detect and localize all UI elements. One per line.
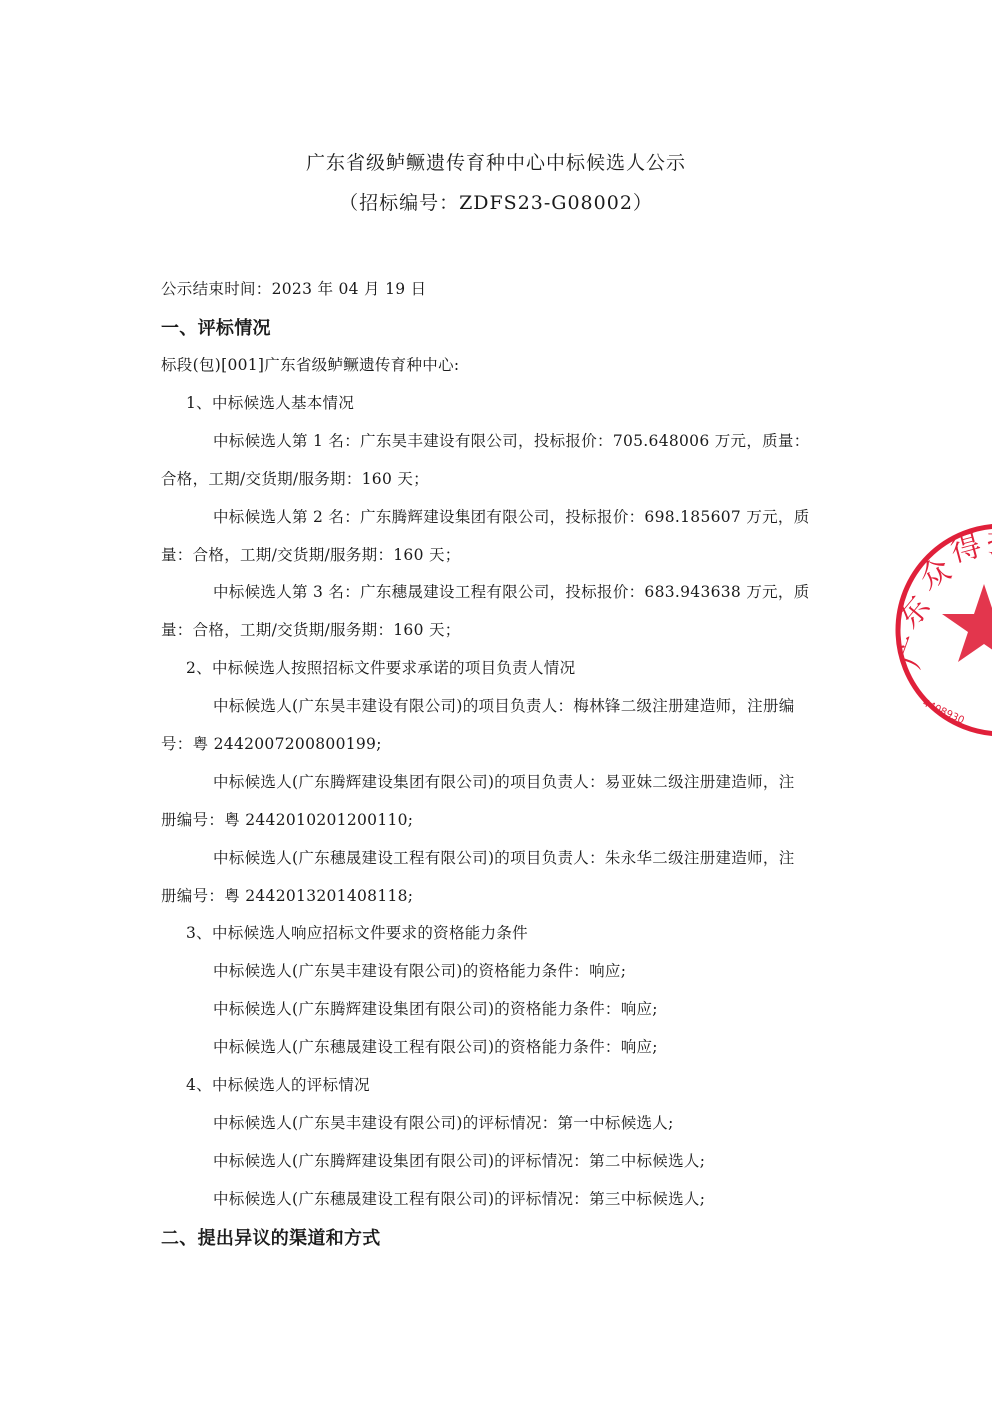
document-title: 广东省级鲈鳜遗传育种中心中标候选人公示 (0, 148, 992, 175)
evaluation-line: 中标候选人(广东昊丰建设有限公司)的评标情况：第一中标候选人; (213, 1111, 674, 1133)
subsection-heading-2: 2、中标候选人按照招标文件要求承诺的项目负责人情况 (186, 656, 575, 678)
svg-text:招: 招 (987, 525, 992, 560)
candidate-line: 量：合格，工期/交货期/服务期：160 天； (161, 618, 461, 640)
qualification-line: 中标候选人(广东昊丰建设有限公司)的资格能力条件：响应; (213, 959, 626, 981)
publicity-end-time: 公示结束时间：2023 年 04 月 19 日 (161, 277, 426, 299)
manager-line: 号：粤 2442007200800199; (161, 732, 382, 754)
evaluation-line: 中标候选人(广东穗晟建设工程有限公司)的评标情况：第三中标候选人; (213, 1187, 705, 1209)
section-heading-evaluation: 一、评标情况 (161, 314, 271, 340)
qualification-line: 中标候选人(广东穗晟建设工程有限公司)的资格能力条件：响应; (213, 1035, 658, 1057)
subsection-heading-3: 3、中标候选人响应招标文件要求的资格能力条件 (186, 921, 528, 943)
manager-line: 中标候选人(广东昊丰建设有限公司)的项目负责人：梅林锋二级注册建造师，注册编 (213, 694, 795, 716)
candidate-line: 中标候选人第 1 名：广东昊丰建设有限公司，投标报价：705.648006 万元… (213, 429, 810, 451)
candidate-line: 中标候选人第 2 名：广东腾辉建设集团有限公司，投标报价：698.185607 … (213, 505, 810, 527)
candidate-line: 合格，工期/交货期/服务期：160 天； (161, 467, 429, 489)
candidate-line: 量：合格，工期/交货期/服务期：160 天； (161, 543, 461, 565)
svg-text:4408930: 4408930 (921, 698, 966, 727)
tender-number: （招标编号：ZDFS23-G08002） (0, 188, 992, 215)
manager-line: 册编号：粤 2442013201408118; (161, 884, 413, 906)
subsection-heading-4: 4、中标候选人的评标情况 (186, 1073, 370, 1095)
section-heading-objection: 二、提出异议的渠道和方式 (161, 1224, 381, 1250)
evaluation-line: 中标候选人(广东腾辉建设集团有限公司)的评标情况：第二中标候选人; (213, 1149, 705, 1171)
lot-label: 标段(包)[001]广东省级鲈鳜遗传育种中心: (161, 353, 459, 375)
company-seal-stamp: 广 东 众 得 招 4408930 (892, 520, 992, 740)
svg-text:众: 众 (914, 552, 957, 597)
qualification-line: 中标候选人(广东腾辉建设集团有限公司)的资格能力条件：响应; (213, 997, 658, 1019)
svg-text:得: 得 (947, 528, 985, 570)
manager-line: 中标候选人(广东穗晟建设工程有限公司)的项目负责人：朱永华二级注册建造师，注 (213, 846, 795, 868)
subsection-heading-1: 1、中标候选人基本情况 (186, 391, 354, 413)
manager-line: 册编号：粤 2442010201200110; (161, 808, 413, 830)
manager-line: 中标候选人(广东腾辉建设集团有限公司)的项目负责人：易亚妹二级注册建造师，注 (213, 770, 795, 792)
seal-icon: 广 东 众 得 招 4408930 (892, 520, 992, 740)
candidate-line: 中标候选人第 3 名：广东穗晟建设工程有限公司，投标报价：683.943638 … (213, 580, 810, 602)
